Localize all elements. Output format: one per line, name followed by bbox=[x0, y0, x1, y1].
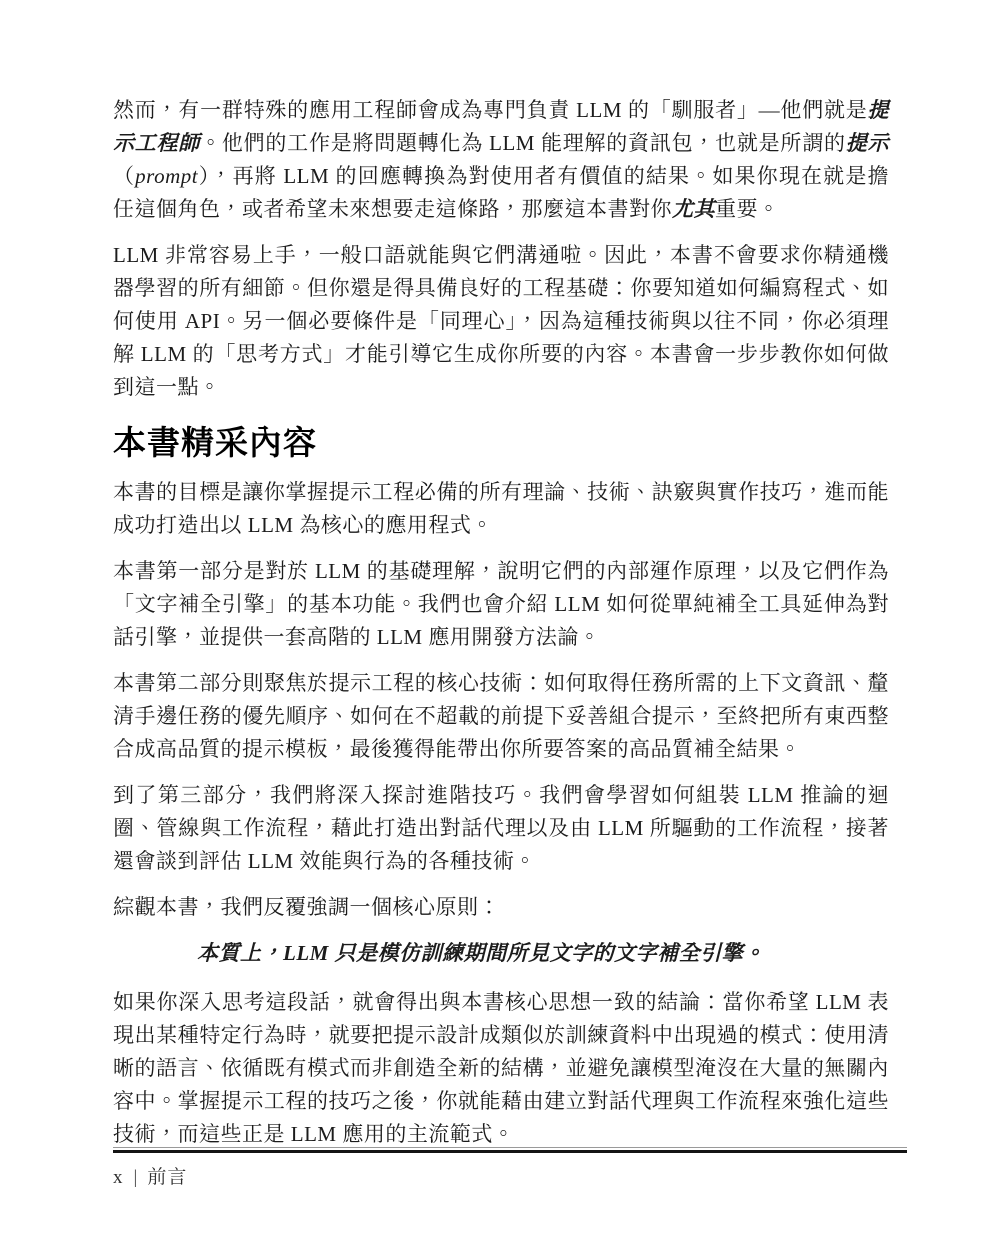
footer-section-title: 前言 bbox=[147, 1162, 187, 1189]
paragraph-background: LLM 非常容易上手，一般口語就能與它們溝通啦。因此，本書不會要求你精通機器學習… bbox=[113, 239, 889, 404]
intro-tail-text: 重要。 bbox=[715, 197, 780, 221]
paragraph-intro: 然而，有一群特殊的應用工程師會成為專門負責 LLM 的「馴服者」—他們就是提示工… bbox=[113, 94, 889, 226]
paragraph-part2: 本書第二部分則聚焦於提示工程的核心技術：如何取得任務所需的上下文資訊、釐清手邊任… bbox=[113, 667, 889, 766]
paragraph-part3: 到了第三部分，我們將深入探討進階技巧。我們會學習如何組裝 LLM 推論的迴圈、管… bbox=[113, 779, 889, 878]
footer-page-number: x bbox=[113, 1167, 123, 1189]
footer-line: x | 前言 bbox=[113, 1162, 907, 1189]
book-page-content: 然而，有一群特殊的應用工程師會成為專門負責 LLM 的「馴服者」—他們就是提示工… bbox=[113, 94, 889, 1164]
latin-term-prompt: prompt bbox=[135, 164, 198, 188]
emphasis-especially: 尤其 bbox=[672, 197, 715, 221]
paragraph-principle-lead: 綜觀本書，我們反覆強調一個核心原則： bbox=[113, 891, 889, 924]
paragraph-closing: 如果你深入思考這段話，就會得出與本書核心思想一致的結論：當你希望 LLM 表現出… bbox=[113, 986, 889, 1151]
intro-mid-text: 。他們的工作是將問題轉化為 LLM 能理解的資訊包，也就是所謂的 bbox=[200, 131, 846, 155]
emphasis-prompt-term: 提示 bbox=[846, 131, 889, 155]
paragraph-goal: 本書的目標是讓你掌握提示工程必備的所有理論、技術、訣竅與實作技巧，進而能成功打造… bbox=[113, 476, 889, 542]
paragraph-part1: 本書第一部分是對於 LLM 的基礎理解，說明它們的內部運作原理，以及它們作為「文… bbox=[113, 555, 889, 654]
intro-lead-text: 然而，有一群特殊的應用工程師會成為專門負責 LLM 的「馴服者」—他們就是 bbox=[113, 98, 868, 122]
footer-separator: | bbox=[134, 1167, 138, 1189]
principle-quote: 本質上，LLM 只是模仿訓練期間所見文字的文字補全引擎。 bbox=[197, 937, 889, 970]
page-footer: x | 前言 bbox=[113, 1147, 907, 1189]
footer-rule-thick bbox=[113, 1150, 907, 1153]
paren-open: （ bbox=[113, 164, 135, 188]
footer-rule-thin bbox=[113, 1147, 907, 1148]
section-heading: 本書精采內容 bbox=[113, 421, 889, 465]
